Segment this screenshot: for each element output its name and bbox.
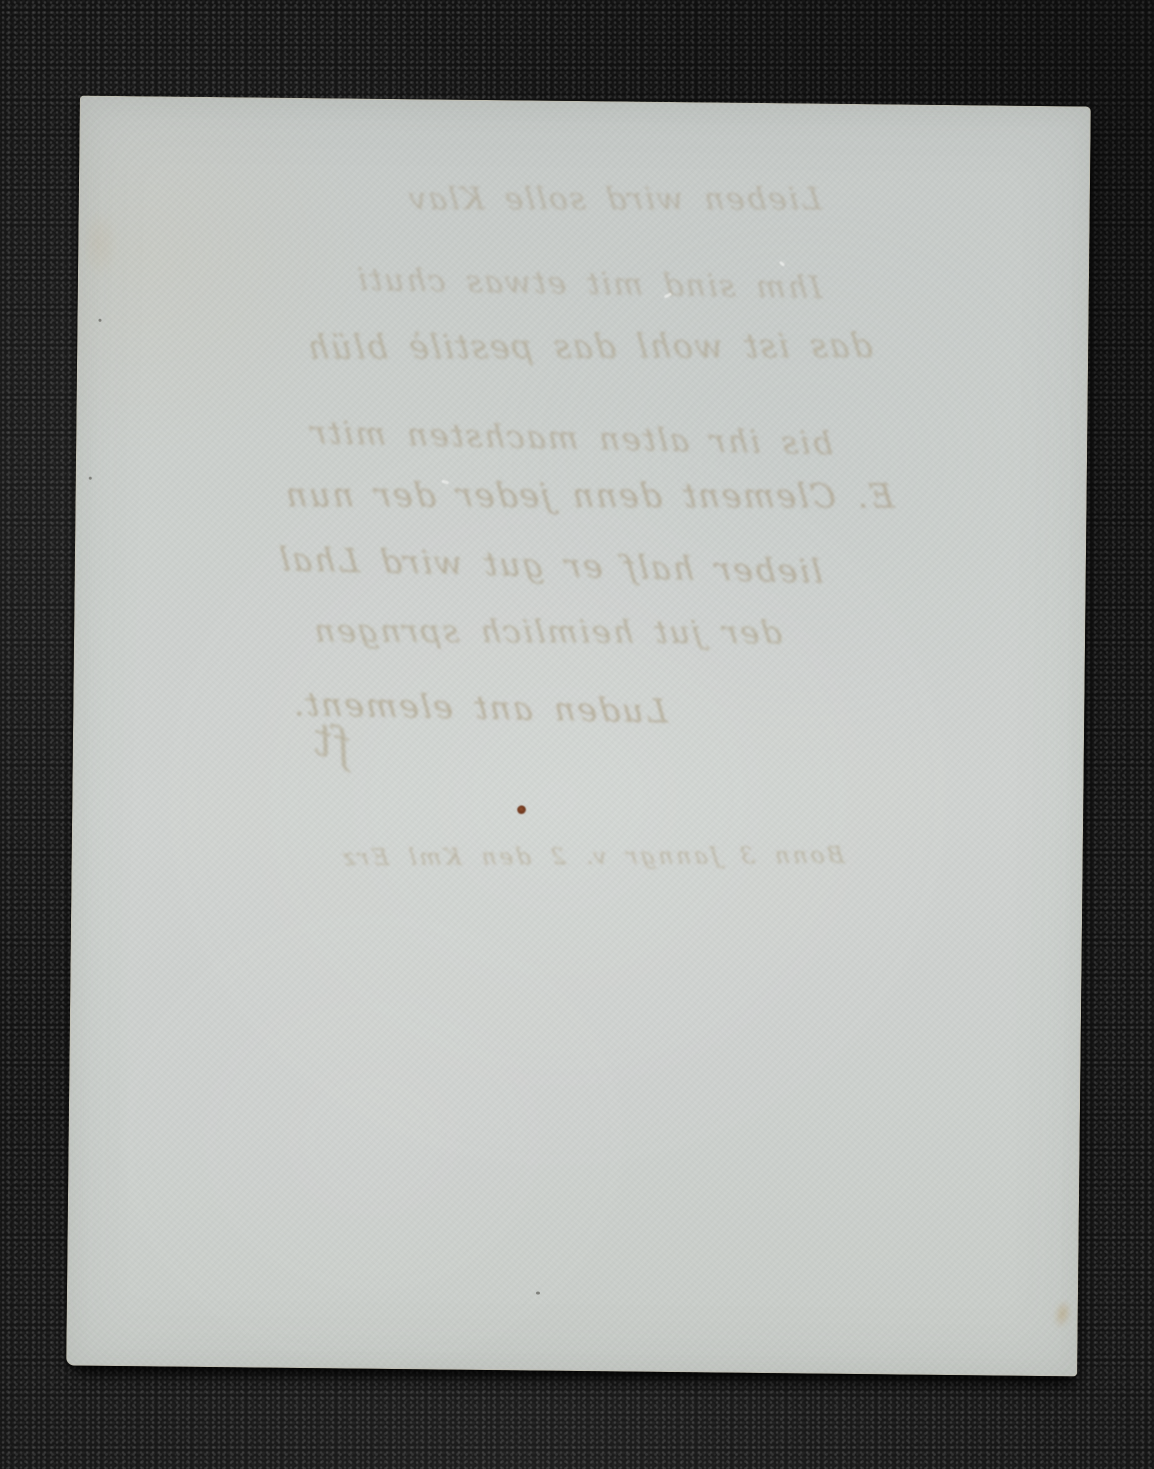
photo-of-document-verso: Lieben wird solle Klav Ihm sind mit etwa… xyxy=(0,0,1154,1469)
ink-bleed-through-layer: Lieben wird solle Klav Ihm sind mit etwa… xyxy=(67,97,1090,1376)
ghost-handwriting-line: der jut heimlich sprngen xyxy=(311,615,783,649)
ghost-handwriting-line: das ist wohl das pestilè blüh xyxy=(304,329,874,364)
ghost-flourish-mark: ft xyxy=(309,715,355,770)
ghost-handwriting-line: lieber half er gut wird Lhal xyxy=(276,542,824,588)
paper-sheet-verso: Lieben wird solle Klav Ihm sind mit etwa… xyxy=(66,96,1091,1377)
ghost-handwriting-line: bis ihr alten machsten mitr xyxy=(308,416,834,459)
ghost-signature-date-line: Bonn 3 Janngr v. 2 den Kml Erz xyxy=(339,845,846,871)
ghost-handwriting-line: Lieben wird solle Klav xyxy=(405,184,822,215)
ghost-handwriting-line: E. Clement denn jeder der nun xyxy=(282,478,895,512)
ghost-handwriting-line: Ihm sind mit etwas chuti xyxy=(354,265,823,304)
